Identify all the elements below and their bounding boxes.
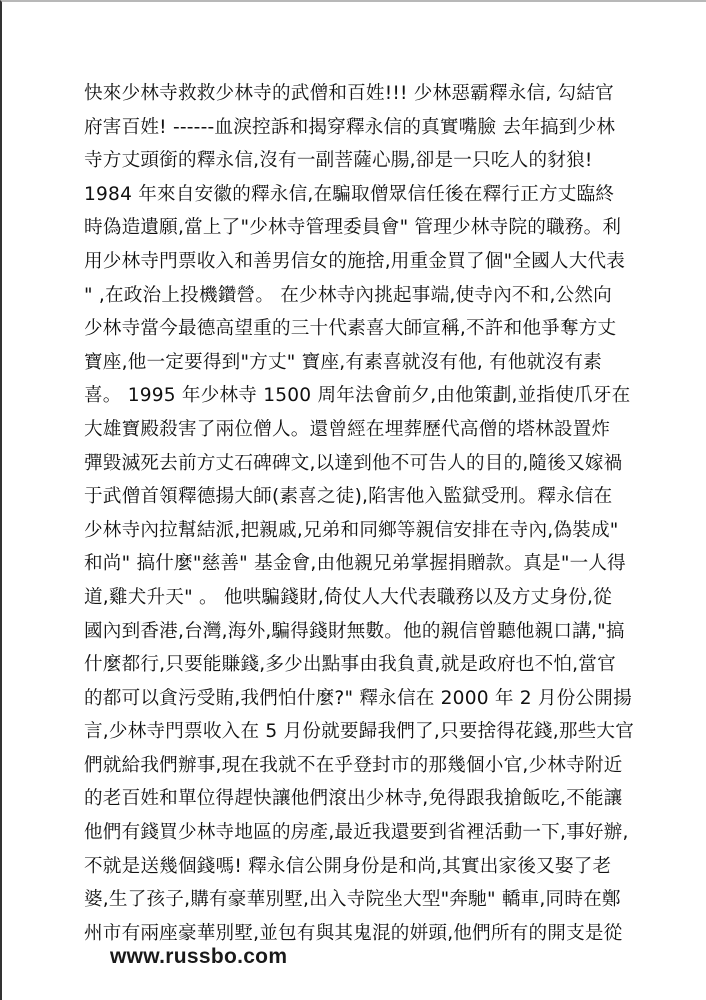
text-line: 的老百姓和單位得趕快讓他們滾出少林寺,免得跟我搶飯吃,不能讓 [84,782,684,816]
text-line: 少林寺內拉幫結派,把親戚,兄弟和同鄉等親信安排在寺內,偽裝成" [84,514,684,548]
source-url-watermark: www.russbo.com [110,943,287,971]
text-line: 用少林寺門票收入和善男信女的施捨,用重金買了個"全國人大代表 [84,245,684,279]
scanned-document-page: 快來少林寺救救少林寺的武僧和百姓!!! 少林惡霸釋永信, 勾結官 府害百姓! -… [0,0,706,1000]
text-line: 們就給我們辦事,現在我就不在乎登封市的那幾個小官,少林寺附近 [84,749,684,783]
text-line: 時偽造遺願,當上了"少林寺管理委員會" 管理少林寺院的職務。利 [84,211,684,245]
text-line: 的都可以貪污受賄,我們怕什麼?" 釋永信在 2000 年 2 月份公開揚 [84,682,684,716]
text-line: 寶座,他一定要得到"方丈" 寶座,有素喜就沒有他, 有他就沒有素 [84,346,684,380]
text-line: 寺方丈頭銜的釋永信,沒有一副菩薩心腸,卻是一只吃人的豺狼! [84,144,684,178]
text-line: 言,少林寺門票收入在 5 月份就要歸我們了,只要捨得花錢,那些大官 [84,715,684,749]
text-line: " ,在政治上投機鑽營。 在少林寺內挑起事端,使寺內不和,公然向 [84,279,684,313]
document-body-text: 快來少林寺救救少林寺的武僧和百姓!!! 少林惡霸釋永信, 勾結官 府害百姓! -… [84,77,684,950]
text-line: 1984 年來自安徽的釋永信,在騙取僧眾信任後在釋行正方丈臨終 [84,178,684,212]
text-line: 于武僧首領釋德揚大師(素喜之徒),陷害他入監獄受刑。釋永信在 [84,480,684,514]
text-line: 不就是送幾個錢嗎! 釋永信公開身份是和尚,其實出家後又娶了老 [84,850,684,884]
text-line: 大雄寶殿殺害了兩位僧人。還曾經在埋葬歷代高僧的塔林設置炸 [84,413,684,447]
text-line: 府害百姓! ------血淚控訴和揭穿釋永信的真實嘴臉 去年搞到少林 [84,111,684,145]
text-line: 少林寺當今最德高望重的三十代素喜大師宣稱,不許和他爭奪方丈 [84,312,684,346]
text-line: 快來少林寺救救少林寺的武僧和百姓!!! 少林惡霸釋永信, 勾結官 [84,77,684,111]
text-line: 喜。 1995 年少林寺 1500 周年法會前夕,由他策劃,並指使爪牙在 [84,379,684,413]
text-line: 什麼都行,只要能賺錢,多少出點事由我負責,就是政府也不怕,當官 [84,648,684,682]
text-line: 和尚" 搞什麼"慈善" 基金會,由他親兄弟掌握捐贈款。真是"一人得 [84,547,684,581]
text-line: 婆,生了孩子,購有豪華別墅,出入寺院坐大型"奔馳" 轎車,同時在鄭 [84,883,684,917]
text-line: 國內到香港,台灣,海外,騙得錢財無數。他的親信曾聽他親口講,"搞 [84,615,684,649]
text-line: 道,雞犬升天" 。 他哄騙錢財,倚仗人大代表職務以及方丈身份,從 [84,581,684,615]
text-line: 彈毀滅死去前方丈石碑碑文,以達到他不可告人的目的,隨後又嫁禍 [84,447,684,481]
text-line: 他們有錢買少林寺地區的房產,最近我還要到省裡活動一下,事好辦, [84,816,684,850]
